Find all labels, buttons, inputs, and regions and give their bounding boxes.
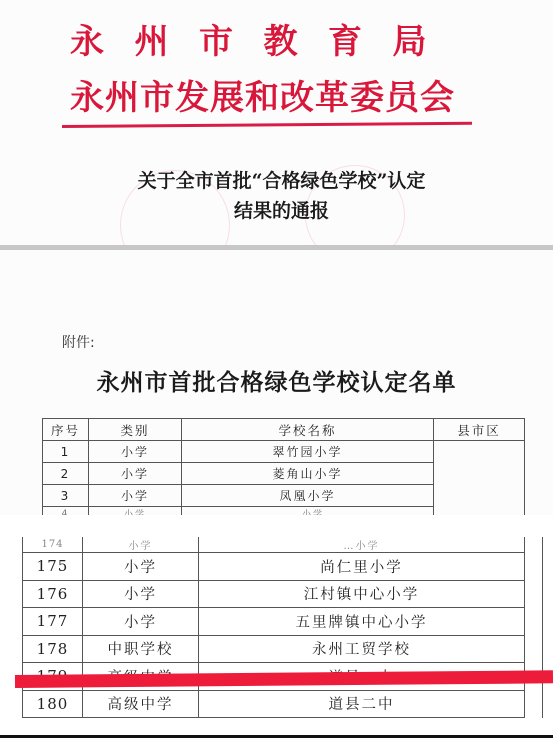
cell-school-name: 五里牌镇中心小学 — [199, 608, 525, 636]
panel-gap — [0, 515, 553, 537]
column-header-number: 序号 — [43, 419, 89, 441]
table-row: 177 小学 五里牌镇中心小学 — [23, 608, 543, 636]
cell-school-name: 永州工贸学校 — [199, 635, 525, 663]
cell-category: 高级中学 — [83, 690, 199, 718]
org-char: 州 — [135, 14, 200, 63]
table-row-partial: 174 小学 …小学 — [23, 537, 543, 553]
cell-number: 180 — [23, 690, 83, 718]
org-char: 育 — [328, 14, 393, 63]
list-title: 永州市首批合格绿色学校认定名单 — [0, 364, 553, 397]
cell-category: 中职学校 — [83, 635, 199, 663]
cell-county-merged — [434, 441, 525, 521]
cell-school-name: 翠竹园小学 — [182, 441, 434, 463]
cell-school-name: 道县二中 — [199, 690, 525, 718]
table-row: 175 小学 尚仁里小学 — [23, 553, 543, 581]
table-header-row: 序号 类别 学校名称 县市区 — [43, 419, 525, 441]
cell-category: 小学 — [89, 441, 182, 463]
attachment-panel: 附件: 永州市首批合格绿色学校认定名单 序号 类别 学校名称 县市区 1 小学 … — [0, 250, 553, 515]
cell-school-name: 菱角山小学 — [182, 463, 434, 485]
notice-title-line-1: 关于全市首批“合格绿色学校”认定 — [0, 166, 553, 193]
cell-number: 175 — [23, 553, 83, 581]
cell-school-name: 尚仁里小学 — [199, 553, 525, 581]
cell-number: 2 — [43, 463, 89, 485]
table-row: 1 小学 翠竹园小学 — [43, 441, 525, 463]
org-char: 局 — [393, 14, 458, 63]
school-list-table-top: 序号 类别 学校名称 县市区 1 小学 翠竹园小学 2 小学 菱角山小学 3 小… — [42, 418, 525, 520]
cell-number: 177 — [23, 608, 83, 636]
issuing-org-development-commission: 永州市发展和改革委员会 — [70, 70, 455, 119]
notice-title-line-2: 结果的通报 — [0, 196, 553, 223]
cell-number: 178 — [23, 635, 83, 663]
column-header-county: 县市区 — [434, 419, 525, 441]
cell-number: 1 — [43, 441, 89, 463]
cell-category: 小学 — [89, 463, 182, 485]
table-row: 180 高级中学 道县二中 — [23, 690, 543, 718]
cell-number: 174 — [23, 537, 83, 553]
cell-number: 176 — [23, 580, 83, 608]
table-row: 176 小学 江村镇中心小学 — [23, 580, 543, 608]
cell-number: 3 — [43, 485, 89, 507]
red-header-rule — [62, 122, 472, 128]
cell-category: 小学 — [83, 580, 199, 608]
school-list-table-bottom: 174 小学 …小学 175 小学 尚仁里小学 176 小学 江村镇中心小学 1… — [22, 537, 543, 718]
attachment-label: 附件: — [62, 332, 95, 352]
cell-category: 小学 — [83, 553, 199, 581]
document-header-panel: 永州市教育局 永州市发展和改革委员会 关于全市首批“合格绿色学校”认定 结果的通… — [0, 0, 553, 245]
cell-category: 小学 — [83, 608, 199, 636]
cell-school-name: 江村镇中心小学 — [199, 580, 525, 608]
cell-county-merged — [525, 537, 543, 718]
column-header-category: 类别 — [89, 419, 182, 441]
column-header-school-name: 学校名称 — [182, 419, 434, 441]
cell-category: 小学 — [89, 485, 182, 507]
org-char: 市 — [199, 14, 264, 63]
cell-school-name: 凤凰小学 — [182, 485, 434, 507]
issuing-org-education-bureau: 永州市教育局 — [70, 14, 457, 63]
cell-school-name: …小学 — [199, 537, 525, 553]
cell-category: 小学 — [83, 537, 199, 553]
table-tail-panel: 174 小学 …小学 175 小学 尚仁里小学 176 小学 江村镇中心小学 1… — [0, 515, 553, 738]
org-char: 永 — [70, 14, 135, 63]
table-row-highlighted: 178 中职学校 永州工贸学校 — [23, 635, 543, 663]
org-char: 教 — [264, 14, 329, 63]
